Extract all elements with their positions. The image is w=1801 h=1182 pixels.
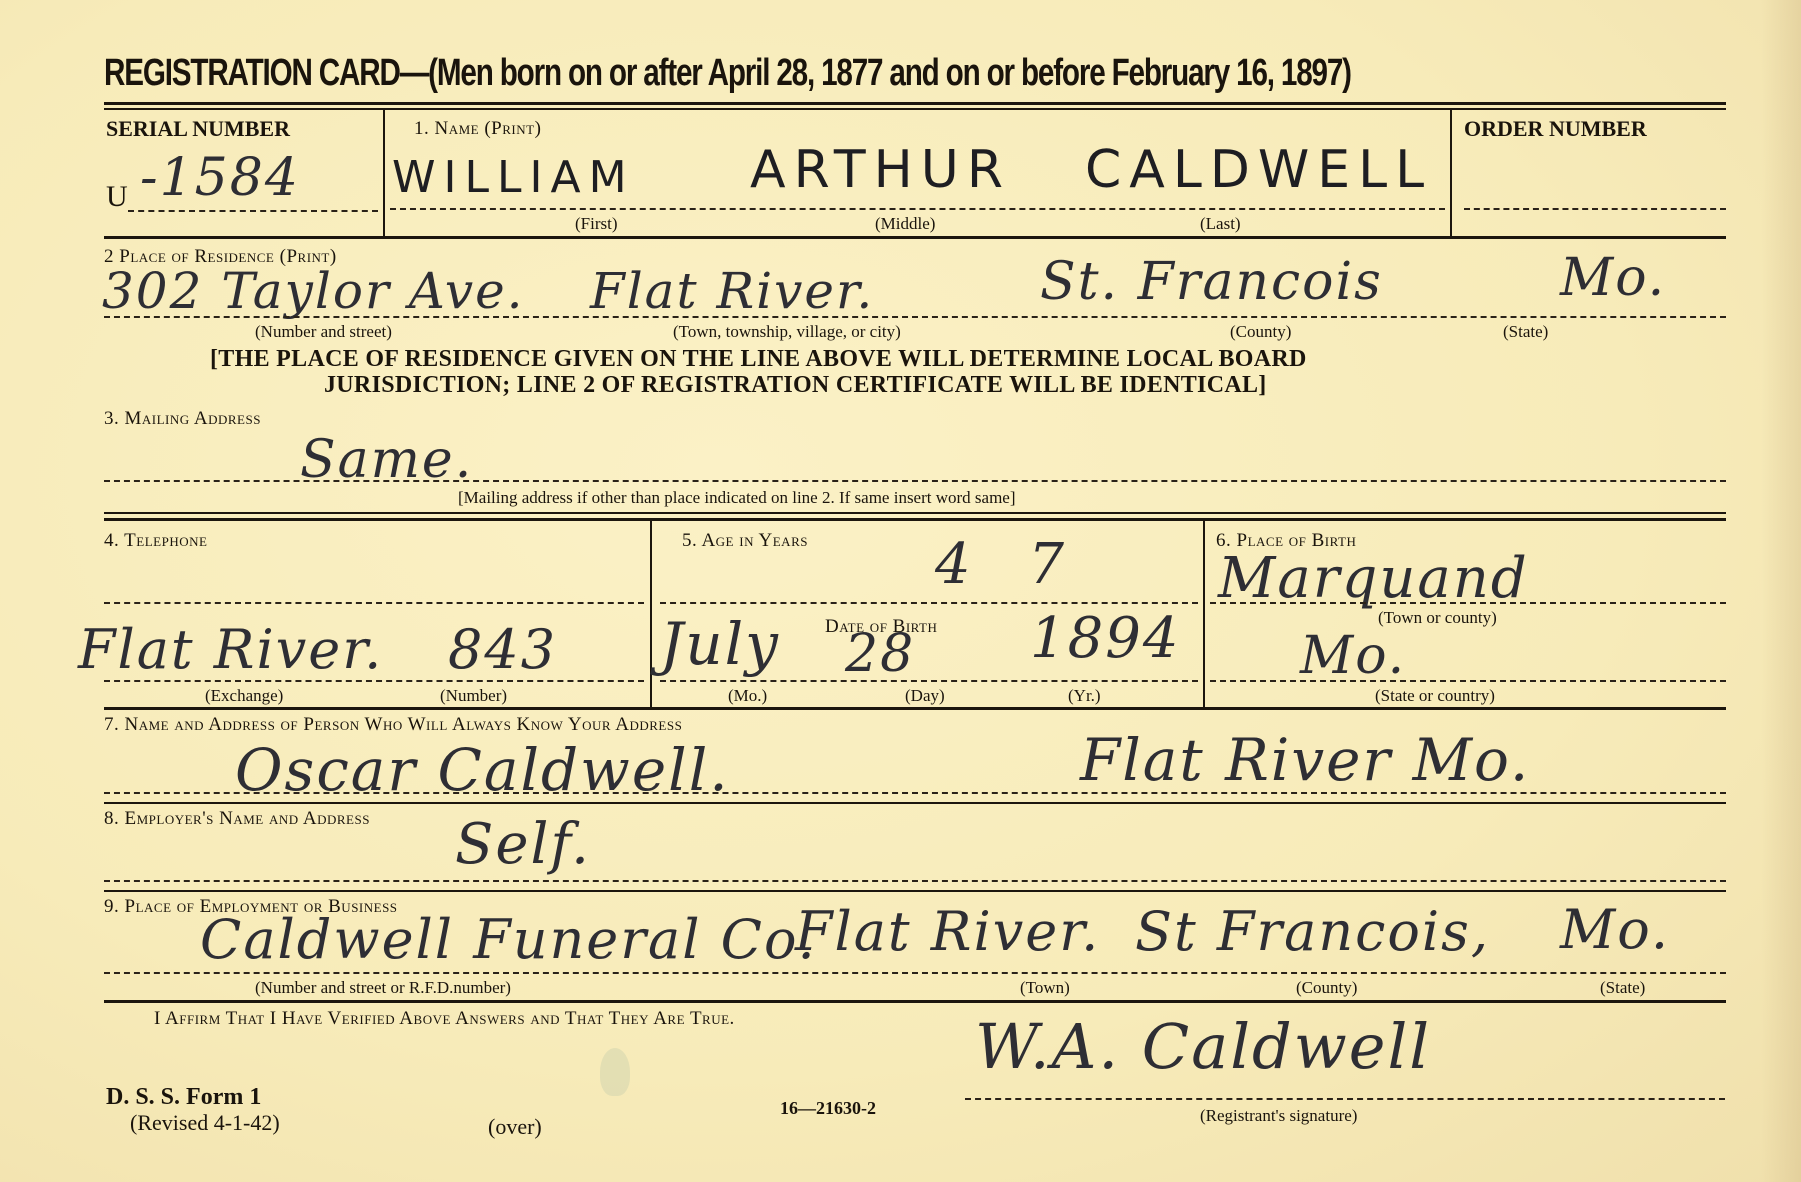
serial-number-label: SERIAL NUMBER <box>106 116 290 142</box>
birth-day-caption: (Day) <box>905 686 945 706</box>
employer-value: Self. <box>455 812 591 877</box>
telephone-upper-line <box>104 602 644 604</box>
age-value: 4 7 <box>935 532 1084 597</box>
name-first: WILLIAM <box>392 152 635 203</box>
employment-street-caption: (Number and street or R.F.D.number) <box>255 978 511 998</box>
affirmation-text: I Affirm That I Have Verified Above Answ… <box>154 1008 735 1030</box>
residence-line <box>104 316 1726 318</box>
employment-business: Caldwell Funeral Co. <box>200 908 817 971</box>
birth-month-caption: (Mo.) <box>728 686 767 706</box>
employment-state: Mo. <box>1560 898 1670 961</box>
residence-notice-line1: [THE PLACE OF RESIDENCE GIVEN ON THE LIN… <box>210 346 1307 373</box>
residence-state-caption: (State) <box>1503 322 1548 342</box>
stain <box>600 1048 630 1096</box>
registrant-signature: W.A. Caldwell <box>975 1010 1431 1083</box>
divider <box>1450 110 1452 236</box>
employer-label: 8. Employer's Name and Address <box>104 808 370 830</box>
name-middle: ARTHUR <box>750 140 1011 200</box>
birth-year-caption: (Yr.) <box>1068 686 1101 706</box>
birthplace-town-line <box>1210 602 1726 604</box>
name-middle-caption: (Middle) <box>875 214 935 234</box>
birthplace-state-line <box>1210 680 1726 682</box>
contact-address: Flat River Mo. <box>1080 726 1530 794</box>
divider <box>104 236 1726 239</box>
residence-town-caption: (Town, township, village, or city) <box>673 322 901 342</box>
name-last: CALDWELL <box>1085 140 1432 200</box>
telephone-number: 843 <box>448 618 557 681</box>
serial-prefix: U <box>106 180 128 214</box>
telephone-exchange-caption: (Exchange) <box>205 686 283 706</box>
telephone-label: 4. Telephone <box>104 530 207 552</box>
form-number: D. S. S. Form 1 <box>106 1084 261 1111</box>
birthplace-state: Mo. <box>1300 626 1406 686</box>
name-line <box>390 208 1445 210</box>
divider <box>104 802 1726 804</box>
birthplace-town-caption: (Town or county) <box>1378 608 1497 628</box>
print-code: 16—21630-2 <box>780 1098 876 1119</box>
signature-line <box>965 1098 1725 1100</box>
divider <box>1203 521 1205 707</box>
residence-street-caption: (Number and street) <box>255 322 392 342</box>
form-revision: (Revised 4-1-42) <box>130 1110 280 1136</box>
employment-line <box>104 972 1726 974</box>
name-label: 1. Name (Print) <box>414 118 541 140</box>
date-of-birth-line <box>660 680 1198 682</box>
birth-day: 28 <box>845 624 915 684</box>
birth-year: 1894 <box>1030 606 1181 671</box>
name-last-caption: (Last) <box>1200 214 1241 234</box>
age-label: 5. Age in Years <box>682 530 808 552</box>
mailing-address-label: 3. Mailing Address <box>104 408 261 430</box>
residence-town: Flat River. <box>590 262 874 320</box>
divider <box>104 518 1726 521</box>
telephone-line <box>104 680 644 682</box>
divider <box>104 512 1726 514</box>
divider <box>104 102 1726 105</box>
residence-state: Mo. <box>1560 248 1666 308</box>
employment-county: St Francois, <box>1135 900 1490 963</box>
mailing-address-note: [Mailing address if other than place ind… <box>458 488 1016 508</box>
employment-county-caption: (County) <box>1296 978 1357 998</box>
residence-street: 302 Taylor Ave. <box>102 262 525 320</box>
order-line <box>1464 208 1726 210</box>
birth-month: July <box>660 610 780 678</box>
divider <box>104 890 1726 892</box>
divider <box>650 521 652 707</box>
divider <box>104 108 1726 110</box>
divider <box>104 1000 1726 1003</box>
residence-notice-line2: JURISDICTION; LINE 2 OF REGISTRATION CER… <box>324 372 1267 399</box>
serial-line <box>128 210 378 212</box>
telephone-number-caption: (Number) <box>440 686 507 706</box>
divider <box>104 707 1726 710</box>
card-title: REGISTRATION CARD—(Men born on or after … <box>104 52 1351 95</box>
contact-line <box>104 792 1726 794</box>
birthplace-state-caption: (State or country) <box>1375 686 1495 706</box>
divider <box>383 110 385 236</box>
mailing-address-line <box>104 480 1726 482</box>
over-note: (over) <box>488 1114 542 1140</box>
employment-town: Flat River. <box>795 900 1100 963</box>
contact-label: 7. Name and Address of Person Who Will A… <box>104 714 682 736</box>
employment-town-caption: (Town) <box>1020 978 1070 998</box>
serial-number-value: -1584 <box>140 148 300 208</box>
order-number-label: ORDER NUMBER <box>1464 116 1647 142</box>
age-line <box>660 602 1198 604</box>
employer-line <box>104 880 1726 882</box>
employment-state-caption: (State) <box>1600 978 1645 998</box>
residence-county: St. Francois <box>1040 252 1383 312</box>
residence-county-caption: (County) <box>1230 322 1291 342</box>
registration-card: REGISTRATION CARD—(Men born on or after … <box>0 0 1801 1182</box>
signature-caption: (Registrant's signature) <box>1200 1106 1357 1126</box>
name-first-caption: (First) <box>575 214 618 234</box>
telephone-exchange: Flat River. <box>78 618 383 681</box>
